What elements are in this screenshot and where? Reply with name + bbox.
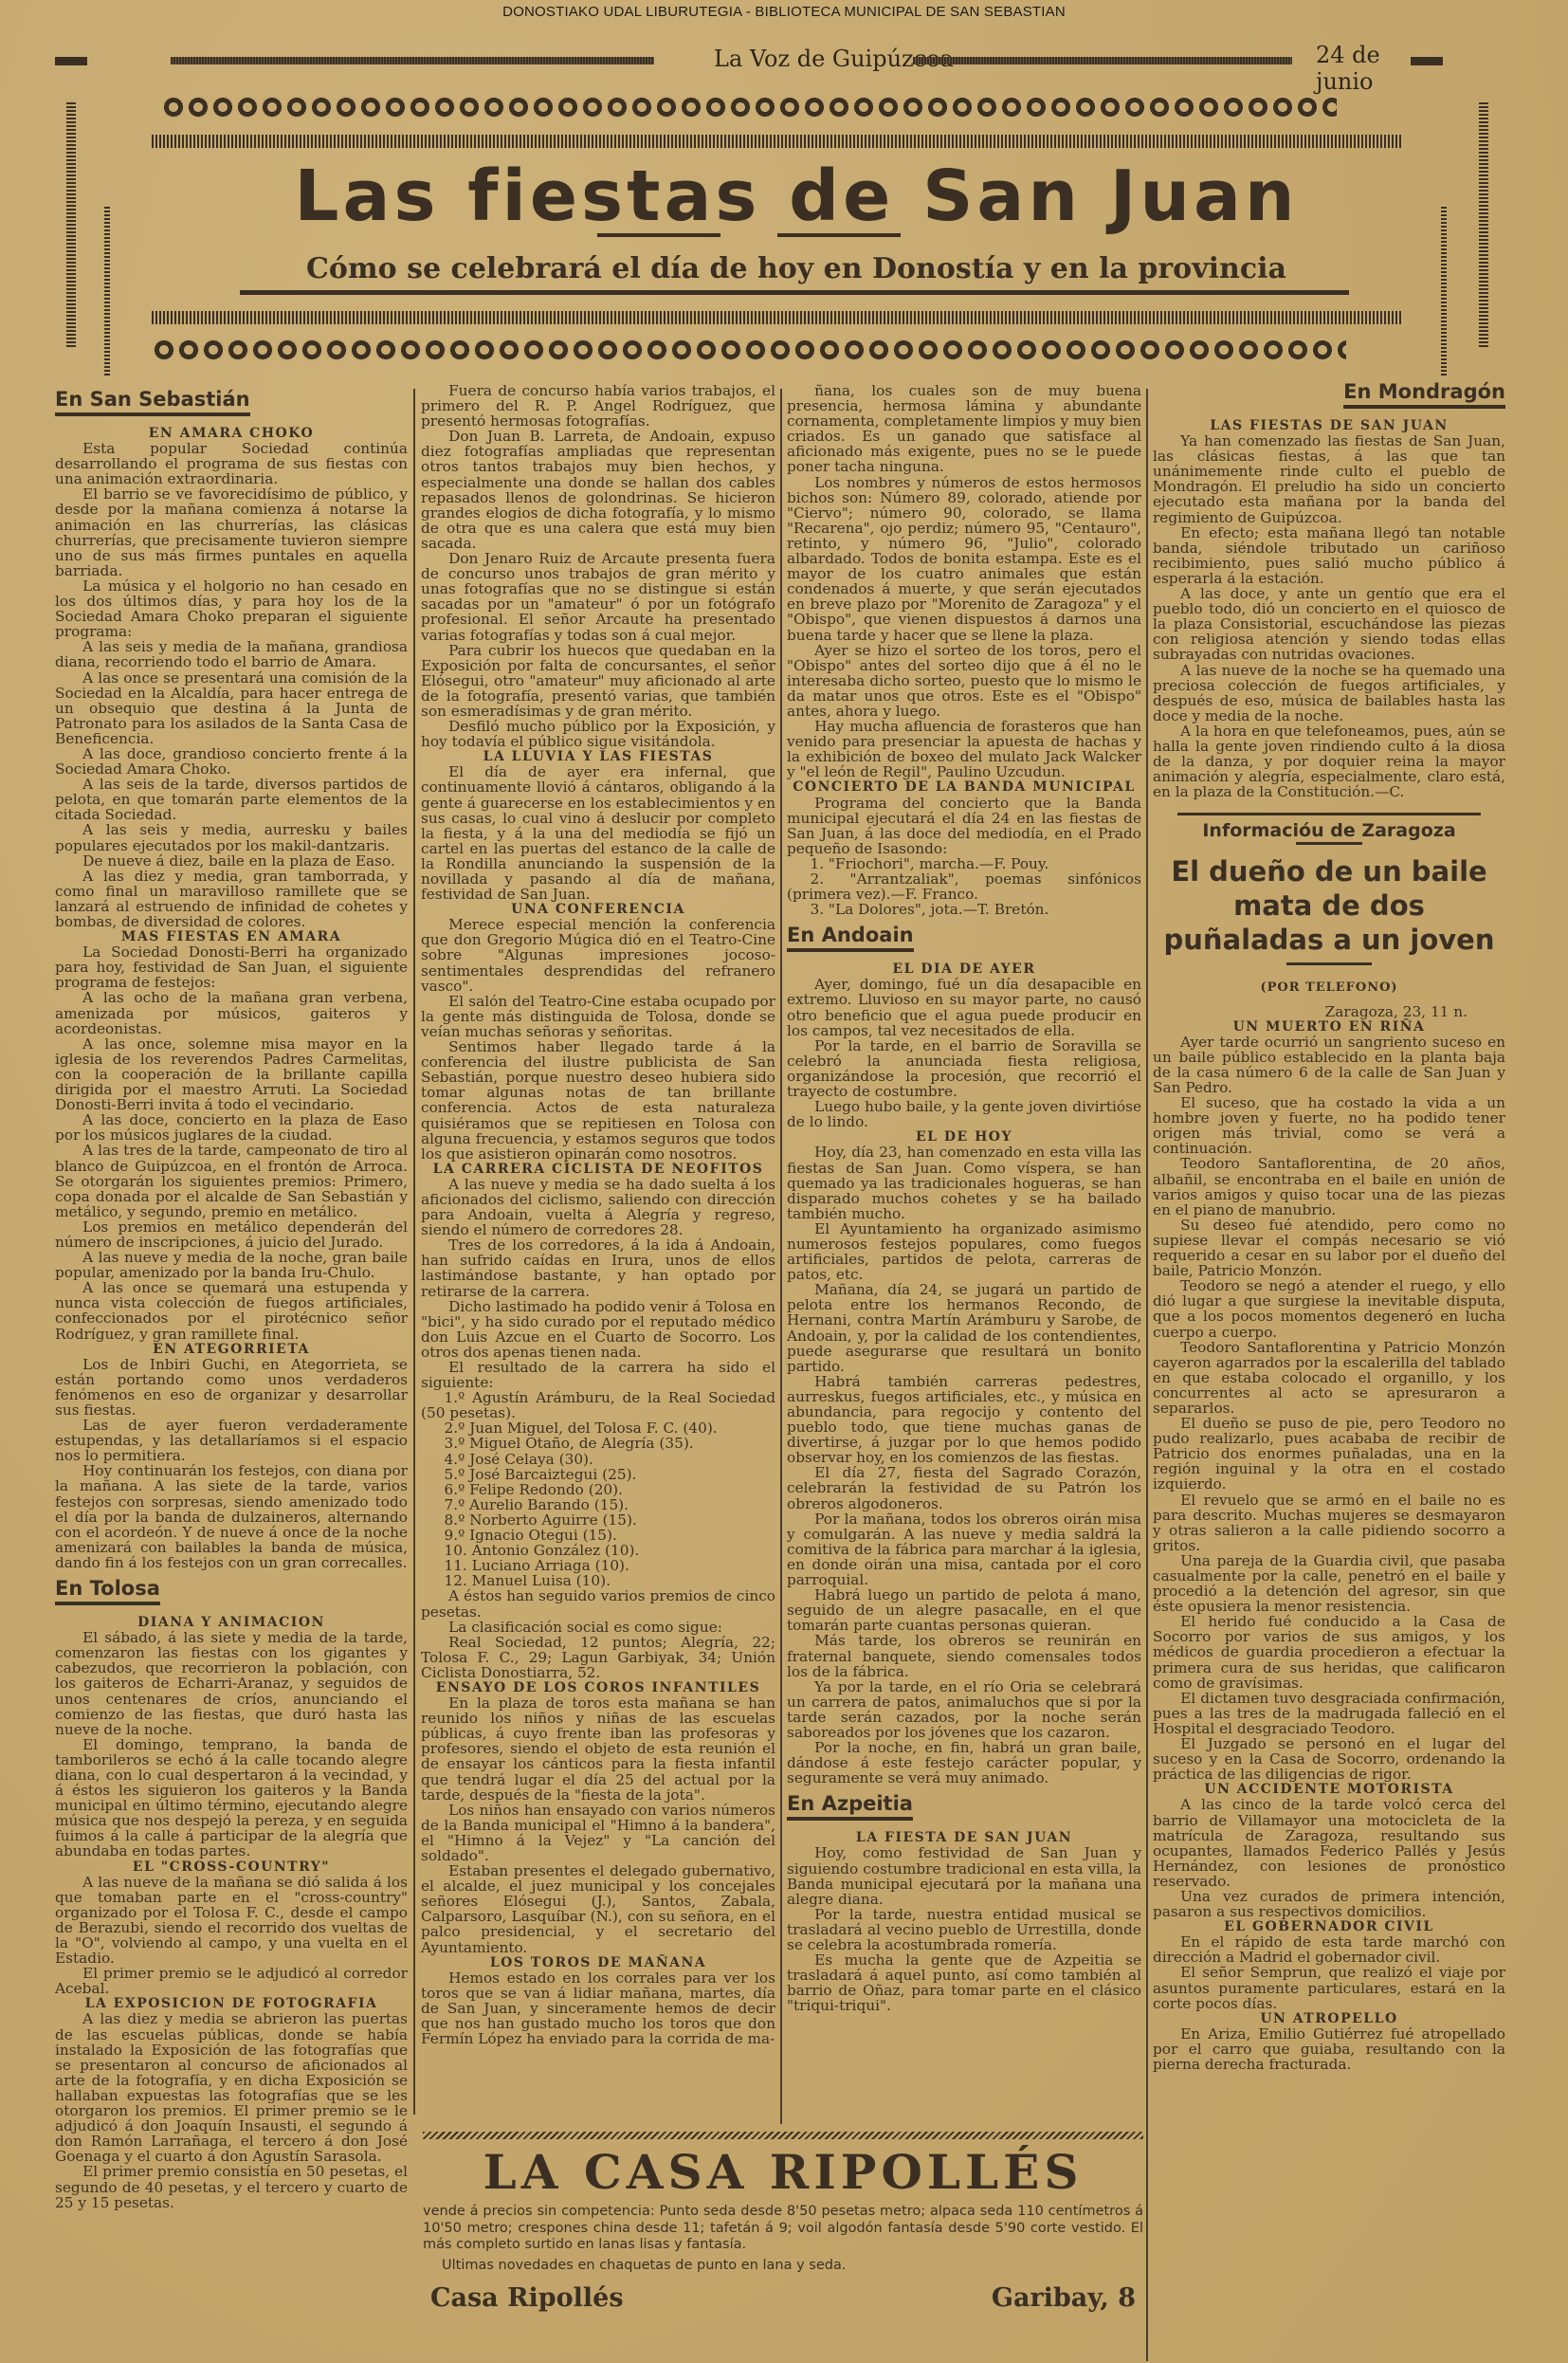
paragraph: La música y el holgorio no han cesado en… — [55, 578, 408, 639]
paragraph: 9.º Ignacio Otegui (15). — [421, 1528, 775, 1543]
column-2: Fuera de concurso había varios trabajos,… — [421, 383, 775, 2046]
paragraph: 1. "Friochori", marcha.—F. Pouy. — [787, 856, 1141, 871]
paragraph: El Juzgado se personó en el lugar del su… — [1153, 1736, 1505, 1782]
section-title-andoain: En Andoain — [787, 923, 914, 952]
running-head: La Voz de Guipúzcoa 24 de junio — [55, 42, 1444, 74]
section-title-san-sebastian: En San Sebastián — [55, 387, 250, 416]
hatch-border — [152, 135, 1403, 148]
byline: (POR TELEFONO) — [1153, 980, 1505, 996]
paragraph: A las nueve de la mañana se dió salida á… — [55, 1875, 408, 1967]
paragraph: 1.º Agustín Arámburu, de la Real Socieda… — [421, 1390, 775, 1420]
subhead: EL "CROSS-COUNTRY" — [55, 1859, 408, 1875]
paragraph-group: Ayer tarde ocurrió un sangriento suceso … — [1153, 1035, 1505, 1783]
paragraph: El herido fué conducido a la Casa de Soc… — [1153, 1614, 1505, 1690]
paragraph: Teodoro Santaflorentina y Patricio Monzó… — [1153, 1340, 1505, 1416]
ornament-rule — [1177, 813, 1481, 815]
paragraph: Desfiló mucho público por la Exposición,… — [421, 719, 775, 749]
paragraph: La Sociedad Donosti-Berri ha organizado … — [55, 944, 408, 990]
paragraph: A las diez y media se abrieron las puert… — [55, 2011, 408, 2164]
paragraph-group: Programa del concierto que la Banda muni… — [787, 796, 1141, 856]
paragraph: Estaban presentes el delegado gubernativ… — [421, 1863, 775, 1955]
wave-border-bottom — [152, 334, 1346, 366]
paragraph: El suceso, que ha costado la vida a un h… — [1153, 1095, 1505, 1156]
paragraph: En el rápido de esta tarde marchó con di… — [1153, 1934, 1505, 1965]
paragraph-group: Esta popular Sociedad continúa desarroll… — [55, 441, 408, 929]
paragraph-group: A las cinco de la tarde volcó cerca del … — [1153, 1797, 1505, 1919]
paragraph: A las seis y media, aurresku y bailes po… — [55, 822, 408, 852]
rule — [1296, 842, 1362, 845]
paragraph: El sábado, á las siete y media de la tar… — [55, 1630, 408, 1737]
rule — [1286, 962, 1372, 965]
paragraph-group: Hoy, día 23, han comenzado en esta villa… — [787, 1145, 1141, 1786]
paragraph-group: Ya han comenzado las fiestas de San Juan… — [1153, 433, 1505, 799]
section-title-azpeitia: En Azpeitia — [787, 1791, 913, 1821]
column-rule — [1146, 389, 1148, 2361]
subhead: EN AMARA CHOKO — [55, 426, 408, 441]
paragraph: El día 27, fiesta del Sagrado Corazón, c… — [787, 1465, 1141, 1511]
paragraph: A las doce, y ante un gentío que era el … — [1153, 586, 1505, 662]
paragraph: El señor Semprun, que realizó el viaje p… — [1153, 1965, 1505, 2010]
paragraph: Los premios en metálico dependerán del n… — [55, 1219, 408, 1250]
paragraph: Real Sociedad, 12 puntos; Alegría, 22; T… — [421, 1635, 775, 1680]
subhead: LAS FIESTAS DE SAN JUAN — [1153, 418, 1505, 433]
section-title-tolosa: En Tolosa — [55, 1576, 160, 1605]
paragraph: A las doce, grandioso concierto frente á… — [55, 746, 408, 777]
ad-title: LA CASA RIPOLLÉS — [423, 2145, 1143, 2200]
subhead: EN ATEGORRIETA — [55, 1342, 408, 1357]
paragraph: 8.º Norberto Aguirre (15). — [421, 1512, 775, 1528]
paragraph-group: El sábado, á las siete y media de la tar… — [55, 1630, 408, 1859]
paragraph-group: La Sociedad Donosti-Berri ha organizado … — [55, 944, 408, 1341]
paragraph-group: En Ariza, Emilio Gutiérrez fué atropella… — [1153, 2026, 1505, 2072]
paragraph: 2. "Arrantzaliak", poemas sinfónicos (pr… — [787, 871, 1141, 902]
paragraph: A las once se presentará una comisión de… — [55, 670, 408, 746]
column-3: ñana, los cuales son de muy buena presen… — [787, 383, 1141, 2013]
zaragoza-kicker: Informacióu de Zaragoza — [1153, 823, 1505, 838]
advertisement-casa-ripolles: LA CASA RIPOLLÉS vende á precios sin com… — [423, 2132, 1143, 2313]
hatch-border — [152, 311, 1403, 324]
paragraph: Fuera de concurso había varios trabajos,… — [421, 383, 775, 429]
paragraph: A la hora en que telefoneamos, pues, aún… — [1153, 724, 1505, 799]
paragraph: Teodoro se negó a atender el ruego, y el… — [1153, 1278, 1505, 1339]
paragraph: A las once, solemne misa mayor en la igl… — [55, 1036, 408, 1112]
paragraph: El Ayuntamiento ha organizado asimismo n… — [787, 1221, 1141, 1282]
paragraph: El día de ayer era infernal, que continu… — [421, 764, 775, 902]
paragraph: El primer premio consistía en 50 pesetas… — [55, 2164, 408, 2209]
paragraph: El dueño se puso de pie, pero Teodoro no… — [1153, 1416, 1505, 1492]
paragraph-group: Hoy, como festividad de San Juan y sigui… — [787, 1845, 1141, 2013]
paragraph: Ya han comenzado las fiestas de San Juan… — [1153, 433, 1505, 525]
paragraph: El resultado de la carrera ha sido el si… — [421, 1360, 775, 1390]
wave-border-top — [161, 91, 1337, 123]
paragraph-group: En la plaza de toros esta mañana se han … — [421, 1695, 775, 1955]
side-ornament-right — [1441, 205, 1447, 376]
column-1: En San Sebastián EN AMARA CHOKO Esta pop… — [55, 381, 408, 2210]
paragraph: Ayer, domingo, fué un día desapacible en… — [787, 977, 1141, 1037]
section-title-mondragon: En Mondragón — [1343, 379, 1505, 409]
paragraph: Hay mucha afluencia de forasteros que ha… — [787, 719, 1141, 779]
paragraph: Por la tarde, nuestra entidad musical se… — [787, 1907, 1141, 1952]
subhead: EL DE HOY — [787, 1129, 1141, 1145]
subheadline-rule — [240, 290, 1349, 295]
paragraph: Dicho lastimado ha podido venir á Tolosa… — [421, 1299, 775, 1360]
paragraph: Por la tarde, en el barrio de Soravilla … — [787, 1038, 1141, 1099]
paragraph: Más tarde, los obreros se reunirán en fr… — [787, 1633, 1141, 1678]
paragraph: 4.º José Celaya (30). — [421, 1452, 775, 1467]
subhead: LOS TOROS DE MAÑANA — [421, 1955, 775, 1970]
paragraph: Es mucha la gente que de Azpeitia se tra… — [787, 1952, 1141, 2013]
paragraph: La clasificación social es como sigue: — [421, 1620, 775, 1635]
subhead: DIANA Y ANIMACION — [55, 1615, 408, 1630]
paragraph: A las nueve de la noche se ha quemado un… — [1153, 663, 1505, 724]
paragraph: Luego hubo baile, y la gente joven divir… — [787, 1099, 1141, 1129]
paragraph: 6.º Felipe Redondo (20). — [421, 1482, 775, 1497]
subhead: UN MUERTO EN RIÑA — [1153, 1019, 1505, 1035]
paragraph: Programa del concierto que la Banda muni… — [787, 796, 1141, 856]
paragraph: Los niños han ensayado con varios número… — [421, 1803, 775, 1863]
subhead: UN ACCIDENTE MOTORISTA — [1153, 1782, 1505, 1797]
paragraph-group: En el rápido de esta tarde marchó con di… — [1153, 1934, 1505, 2010]
headline: Las fiestas de San Juan — [190, 156, 1403, 237]
paragraph: 3. "La Dolores", jota.—T. Bretón. — [787, 902, 1141, 917]
paragraph: El dictamen tuvo desgraciada confirmació… — [1153, 1691, 1505, 1736]
subhead: UN ATROPELLO — [1153, 2011, 1505, 2026]
paragraph: Habrá luego un partido de pelota á mano,… — [787, 1587, 1141, 1633]
ornament-mark — [1411, 57, 1443, 65]
paragraph: A las once se quemará una estupenda y nu… — [55, 1280, 408, 1341]
subhead: EL GOBERNADOR CIVIL — [1153, 1919, 1505, 1934]
ornament-mark — [55, 57, 87, 65]
dateline: Zaragoza, 23, 11 n. — [1153, 1004, 1505, 1019]
paragraph: A las seis de la tarde, diversos partido… — [55, 777, 408, 822]
subhead: LA EXPOSICION DE FOTOGRAFIA — [55, 1996, 408, 2011]
paragraph: Su deseo fué atendido, pero como no supi… — [1153, 1218, 1505, 1278]
ad-body: vende á precios sin competencia: Punto s… — [423, 2204, 1143, 2254]
paragraph: En efecto; esta mañana llegó tan notable… — [1153, 525, 1505, 586]
ad-line: Ultimas novedades en chaquetas de punto … — [423, 2258, 1143, 2275]
paragraph-group: 1. "Friochori", marcha.—F. Pouy.2. "Arra… — [787, 856, 1141, 917]
paragraph: 12. Manuel Luisa (10). — [421, 1573, 775, 1588]
paragraph: 2.º Juan Miguel, del Tolosa F. C. (40). — [421, 1420, 775, 1436]
paragraph: Ya por la tarde, en el río Oria se celeb… — [787, 1679, 1141, 1740]
side-ornament-right — [1479, 101, 1488, 347]
paragraph: 7.º Aurelio Barando (15). — [421, 1497, 775, 1512]
archive-header: DONOSTIAKO UDAL LIBURUTEGIA - BIBLIOTECA… — [0, 4, 1568, 20]
subhead: UNA CONFERENCIA — [421, 902, 775, 917]
subhead: ENSAYO DE LOS COROS INFANTILES — [421, 1680, 775, 1695]
subhead: LA FIESTA DE SAN JUAN — [787, 1830, 1141, 1845]
masthead-frame: Las fiestas de San Juan Cómo se celebrar… — [57, 91, 1517, 358]
paragraph: ñana, los cuales son de muy buena presen… — [787, 383, 1141, 475]
paragraph: Para cubrir los huecos que quedaban en l… — [421, 643, 775, 719]
paragraph: El primer premio se le adjudicó al corre… — [55, 1966, 408, 1996]
paragraph-group: Ayer, domingo, fué un día desapacible en… — [787, 977, 1141, 1129]
paragraph: Don Juan B. Larreta, de Andoain, expuso … — [421, 429, 775, 551]
paragraph: 3.º Miguel Otaño, de Alegría (35). — [421, 1436, 775, 1451]
paragraph: Los nombres y números de estos hermosos … — [787, 475, 1141, 643]
paragraph: A las seis y media de la mañana, grandio… — [55, 639, 408, 669]
paragraph: A éstos han seguido varios premios de ci… — [421, 1588, 775, 1619]
ad-address: Garibay, 8 — [992, 2283, 1136, 2313]
ornament-rule — [777, 233, 901, 237]
paragraph-group: A las nueve de la mañana se dió salida á… — [55, 1875, 408, 1997]
paragraph: Hemos estado en los corrales para ver lo… — [421, 1970, 775, 2046]
paragraph: A las doce, concierto en la plaza de Eas… — [55, 1112, 408, 1143]
subhead: LA CARRERA CICLISTA DE NEOFITOS — [421, 1162, 775, 1177]
side-ornament-left — [104, 205, 110, 376]
paragraph: 11. Luciano Arriaga (10). — [421, 1558, 775, 1573]
paragraph: Sentimos haber llegado tarde á la confer… — [421, 1039, 775, 1162]
paragraph-group: Hemos estado en los corrales para ver lo… — [421, 1970, 775, 2046]
subhead: CONCIERTO DE LA BANDA MUNICIPAL — [787, 779, 1141, 795]
paragraph: Tres de los corredores, á la ida á Andoa… — [421, 1237, 775, 1298]
paragraph: 10. Antonio González (10). — [421, 1543, 775, 1558]
paragraph: Hoy, día 23, han comenzado en esta villa… — [787, 1145, 1141, 1220]
paragraph-group: Los de Inbiri Guchi, en Ategorrieta, se … — [55, 1357, 408, 1570]
column-rule — [413, 389, 415, 2115]
issue-date: 24 de junio — [1316, 42, 1444, 95]
subhead: LA LLUVIA Y LAS FIESTAS — [421, 749, 775, 764]
column-rule — [780, 389, 782, 2124]
paragraph: Hoy, como festividad de San Juan y sigui… — [787, 1845, 1141, 1906]
paragraph: En Ariza, Emilio Gutiérrez fué atropella… — [1153, 2026, 1505, 2072]
subheadline: Cómo se celebrará el día de hoy en Donos… — [190, 252, 1403, 285]
rule — [913, 57, 1292, 64]
paragraph: Hoy continuarán los festejos, con diana … — [55, 1463, 408, 1570]
subhead: MAS FIESTAS EN AMARA — [55, 929, 408, 944]
paragraph-group: Fuera de concurso había varios trabajos,… — [421, 383, 775, 749]
paragraph: 5.º José Barcaiztegui (25). — [421, 1467, 775, 1482]
paragraph: Don Jenaro Ruiz de Arcaute presenta fuer… — [421, 551, 775, 643]
paragraph-group: 1.º Agustín Arámburu, de la Real Socieda… — [421, 1390, 775, 1588]
paragraph: Merece especial mención la conferencia q… — [421, 917, 775, 993]
paragraph: El domingo, temprano, la banda de tambor… — [55, 1737, 408, 1859]
paragraph: A las ocho de la mañana gran verbena, am… — [55, 990, 408, 1035]
paragraph: Teodoro Santaflorentina, de 20 años, alb… — [1153, 1156, 1505, 1217]
paragraph: El salón del Teatro-Cine estaba ocupado … — [421, 994, 775, 1039]
paragraph: Una pareja de la Guardia civil, que pasa… — [1153, 1553, 1505, 1614]
paragraph: A las diez y media, gran tamborrada, y c… — [55, 869, 408, 929]
paragraph-group: A las nueve y media se ha dado suelta á … — [421, 1177, 775, 1390]
paragraph-group: Merece especial mención la conferencia q… — [421, 917, 775, 1162]
paragraph: Esta popular Sociedad continúa desarroll… — [55, 441, 408, 486]
column-4: En Mondragón LAS FIESTAS DE SAN JUAN Ya … — [1153, 374, 1505, 2072]
paragraph: En la plaza de toros esta mañana se han … — [421, 1695, 775, 1803]
zigzag-border — [423, 2132, 1143, 2139]
paragraph-group: El día de ayer era infernal, que continu… — [421, 764, 775, 902]
paragraph: A las tres de la tarde, campeonato de ti… — [55, 1143, 408, 1218]
paragraph-group: ñana, los cuales son de muy buena presen… — [787, 383, 1141, 779]
paragraph: A las cinco de la tarde volcó cerca del … — [1153, 1797, 1505, 1889]
zaragoza-headline: El dueño de un baile mata de dos puñalad… — [1153, 854, 1505, 957]
paragraph: El barrio se ve favorecidísimo de públic… — [55, 486, 408, 578]
paragraph: Por la mañana, todos los obreros oirán m… — [787, 1511, 1141, 1587]
ornament-rule — [597, 233, 720, 237]
subhead: EL DIA DE AYER — [787, 962, 1141, 977]
ad-shop-name: Casa Ripollés — [430, 2283, 624, 2313]
paragraph: A las nueve y media se ha dado suelta á … — [421, 1177, 775, 1237]
paragraph: Una vez curados de primera intención, pa… — [1153, 1889, 1505, 1919]
paragraph: Mañana, día 24, se jugará un partido de … — [787, 1282, 1141, 1374]
paragraph: Las de ayer fueron verdaderamente estupe… — [55, 1418, 408, 1463]
side-ornament-left — [66, 101, 76, 347]
paragraph: Ayer tarde ocurrió un sangriento suceso … — [1153, 1035, 1505, 1095]
paragraph: Ayer se hizo el sorteo de los toros, per… — [787, 643, 1141, 719]
rule — [171, 57, 654, 64]
paragraph: De nueve á diez, baile en la plaza de Ea… — [55, 853, 408, 869]
paragraph-group: A las diez y media se abrieron las puert… — [55, 2011, 408, 2209]
paragraph-group: A éstos han seguido varios premios de ci… — [421, 1588, 775, 1680]
paragraph: A las nueve y media de la noche, gran ba… — [55, 1250, 408, 1280]
paragraph: El revuelo que se armó en el baile no es… — [1153, 1493, 1505, 1553]
paragraph: Por la noche, en fin, habrá un gran bail… — [787, 1740, 1141, 1786]
paragraph: Habrá también carreras pedestres, aurres… — [787, 1374, 1141, 1466]
paragraph: Los de Inbiri Guchi, en Ategorrieta, se … — [55, 1357, 408, 1418]
